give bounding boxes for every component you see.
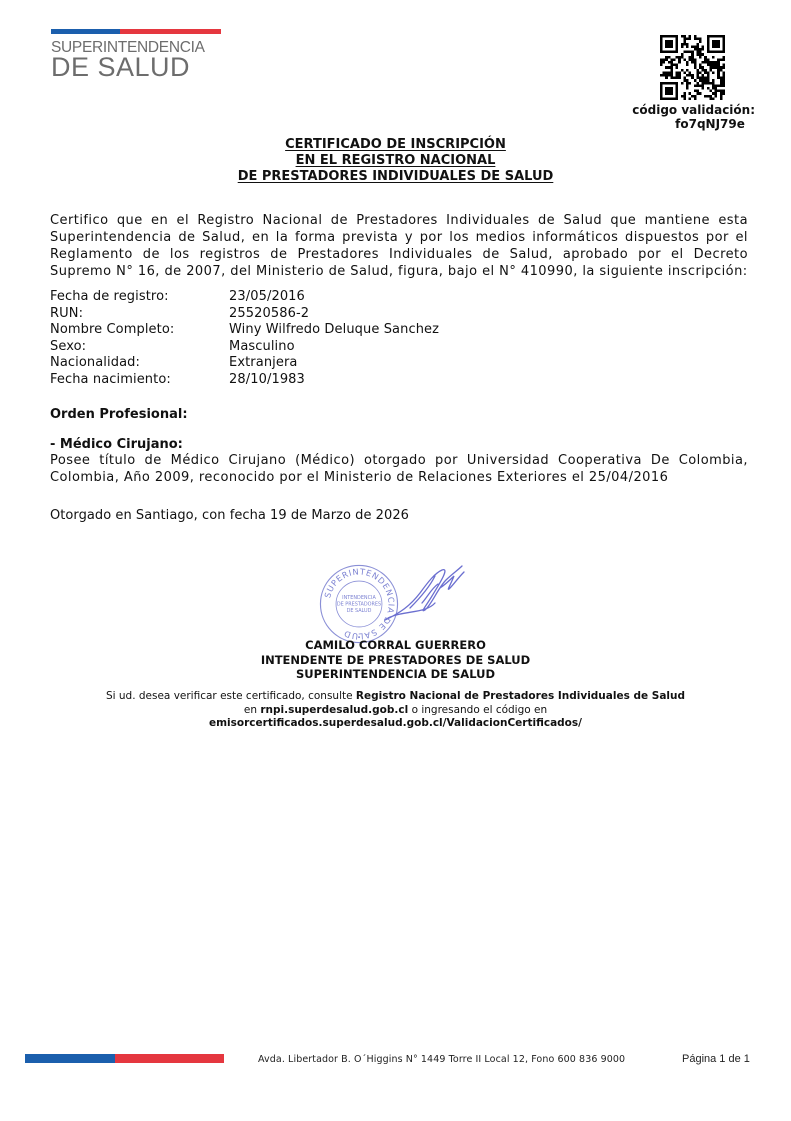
field-row: Nacionalidad: Extranjera — [50, 355, 439, 372]
profession-description: Posee título de Médico Cirujano (Médico)… — [50, 452, 748, 486]
verify-text-2: en — [244, 704, 260, 716]
field-label: Nombre Completo: — [50, 322, 229, 339]
field-value: 28/10/1983 — [229, 372, 305, 389]
verification-note: Si ud. desea verificar este certificado,… — [100, 690, 691, 731]
validation-code-value: fo7qNJ79e — [600, 117, 780, 131]
signer-institution: SUPERINTENDENCIA DE SALUD — [0, 667, 791, 682]
field-row: Nombre Completo: Winy Wilfredo Deluque S… — [50, 322, 439, 339]
field-value: Masculino — [229, 339, 295, 356]
verify-text-1: Si ud. desea verificar este certificado,… — [106, 690, 356, 702]
signer-position: INTENDENTE DE PRESTADORES DE SALUD — [0, 653, 791, 668]
field-label: Nacionalidad: — [50, 355, 229, 372]
superintendencia-logo: SUPERINTENDENCIA DE SALUD — [51, 29, 221, 79]
intro-paragraph: Certifico que en el Registro Nacional de… — [50, 212, 748, 280]
footer-flag-bar — [25, 1054, 224, 1063]
logo-flag-bar — [51, 29, 221, 34]
field-label: Sexo: — [50, 339, 229, 356]
field-value: 23/05/2016 — [229, 289, 305, 306]
svg-text:DE SALUD: DE SALUD — [347, 608, 372, 614]
signer-block: CAMILO CORRAL GUERRERO INTENDENTE DE PRE… — [0, 638, 791, 682]
field-value: Winy Wilfredo Deluque Sanchez — [229, 322, 439, 339]
certificate-title: CERTIFICADO DE INSCRIPCIÓN EN EL REGISTR… — [0, 137, 791, 185]
registration-fields: Fecha de registro: 23/05/2016 RUN: 25520… — [50, 289, 439, 388]
field-row: Fecha nacimiento: 28/10/1983 — [50, 372, 439, 389]
svg-text:DE PRESTADORES: DE PRESTADORES — [337, 602, 381, 608]
issued-date-statement: Otorgado en Santiago, con fecha 19 de Ma… — [50, 508, 409, 523]
field-value: Extranjera — [229, 355, 297, 372]
field-row: RUN: 25520586-2 — [50, 306, 439, 323]
field-row: Sexo: Masculino — [50, 339, 439, 356]
title-line-2: EN EL REGISTRO NACIONAL — [296, 153, 496, 168]
verify-registry-name: Registro Nacional de Prestadores Individ… — [356, 690, 685, 702]
field-value: 25520586-2 — [229, 306, 309, 323]
profession-title: - Médico Cirujano: — [50, 437, 183, 452]
field-label: Fecha de registro: — [50, 289, 229, 306]
signer-name: CAMILO CORRAL GUERRERO — [0, 638, 791, 653]
page-number: Página 1 de 1 — [682, 1053, 750, 1065]
footer-address: Avda. Libertador B. O´Higgins N° 1449 To… — [258, 1054, 625, 1065]
field-label: Fecha nacimiento: — [50, 372, 229, 389]
title-line-1: CERTIFICADO DE INSCRIPCIÓN — [285, 137, 506, 152]
verify-validation-url[interactable]: emisorcertificados.superdesalud.gob.cl/V… — [209, 717, 582, 729]
field-label: RUN: — [50, 306, 229, 323]
verify-rnpi-link[interactable]: rnpi.superdesalud.gob.cl — [260, 704, 408, 716]
orden-profesional-heading: Orden Profesional: — [50, 407, 188, 422]
title-line-3: DE PRESTADORES INDIVIDUALES DE SALUD — [238, 169, 554, 184]
signature-icon — [380, 558, 470, 628]
field-row: Fecha de registro: 23/05/2016 — [50, 289, 439, 306]
validation-code-block: código validación: fo7qNJ79e — [600, 103, 780, 131]
logo-line-2: DE SALUD — [51, 55, 221, 79]
validation-code-label: código validación: — [600, 103, 780, 117]
verify-text-3: o ingresando el código en — [408, 704, 547, 716]
svg-text:INTENDENCIA: INTENDENCIA — [342, 595, 376, 601]
qr-code-icon — [660, 35, 725, 100]
